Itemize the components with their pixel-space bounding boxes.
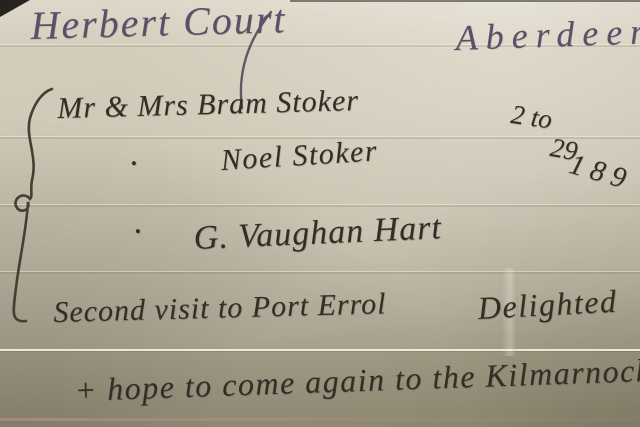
guestbook-photo: Herbert Court Aberdeen Mr & Mrs Bram Sto…	[0, 0, 640, 427]
remarks-delighted: Delighted	[477, 285, 618, 324]
previous-entry-residence: Aberdeen	[455, 13, 640, 56]
entry-date-range-start: 2 to	[509, 101, 554, 133]
ink-brace	[14, 89, 52, 321]
previous-entry-name: Herbert Court	[30, 0, 287, 46]
